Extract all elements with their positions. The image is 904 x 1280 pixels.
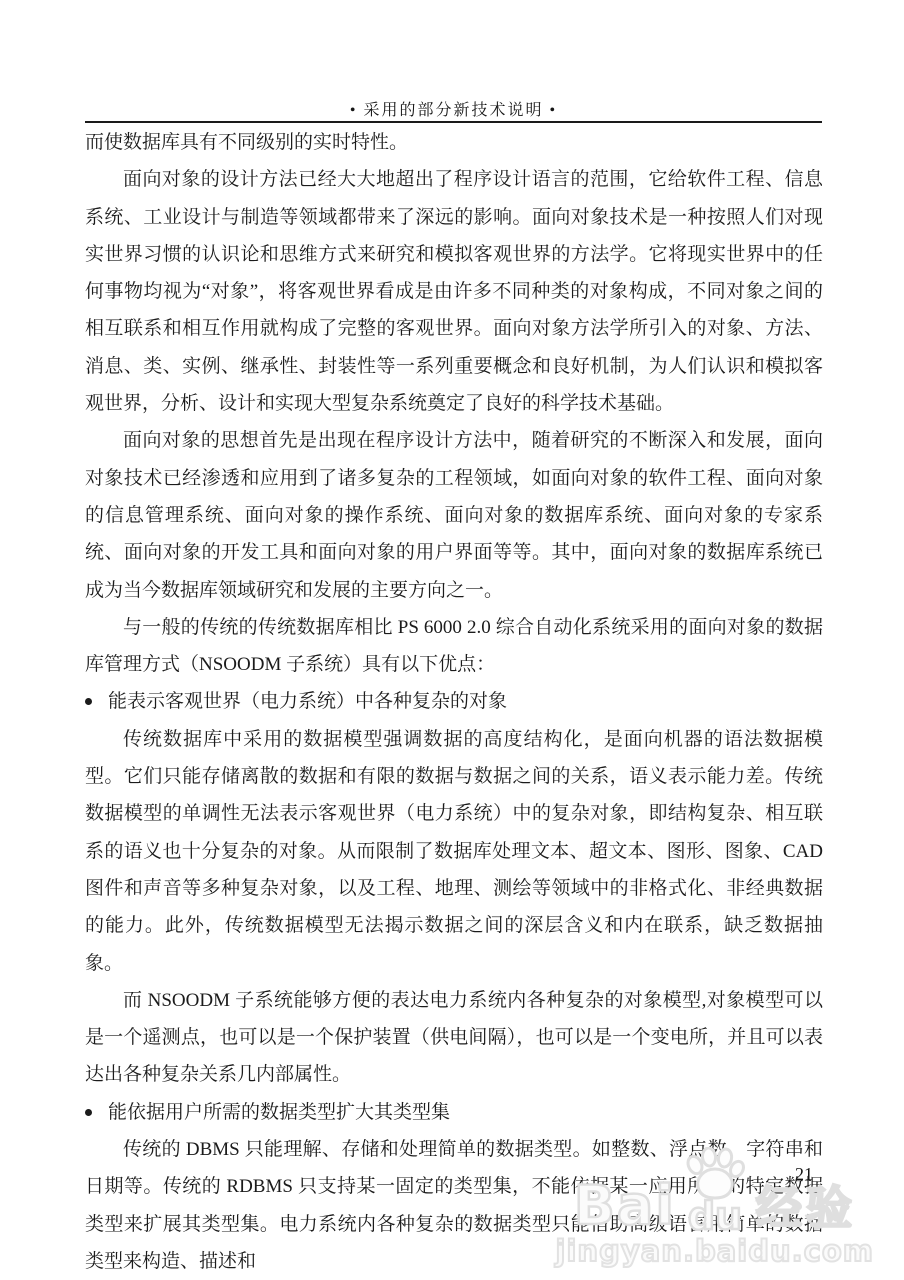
- paragraph: 而使数据库具有不同级别的实时特性。: [85, 124, 823, 161]
- bullet-item: 能表示客观世界（电力系统）中各种复杂的对象: [85, 683, 823, 720]
- bullet-item: 能依据用户所需的数据类型扩大其类型集: [85, 1094, 823, 1131]
- baidu-jingyan-watermark: Bai du 经验 jingyan.baid: [556, 1155, 874, 1266]
- watermark-brand-row: Bai du 经验: [556, 1155, 874, 1231]
- document-body: 而使数据库具有不同级别的实时特性。面向对象的设计方法已经大大地超出了程序设计语言…: [85, 124, 823, 1280]
- paragraph: 传统数据库中采用的数据模型强调数据的高度结构化，是面向机器的语法数据模型。它们只…: [85, 721, 823, 982]
- bullet-text: 能表示客观世界（电力系统）中各种复杂的对象: [108, 683, 823, 720]
- header-rule: [85, 121, 822, 123]
- watermark-baidu-du-text: du: [688, 1197, 742, 1235]
- watermark-jingyan-text: 经验: [756, 1185, 856, 1231]
- paragraph: 而 NSOODM 子系统能够方便的表达电力系统内各种复杂的对象模型,对象模型可以…: [85, 982, 823, 1094]
- page-number: 21: [795, 1164, 813, 1185]
- paragraph: 面向对象的思想首先是出现在程序设计方法中，随着研究的不断深入和发展，面向对象技术…: [85, 422, 823, 608]
- watermark-du-stack: du: [678, 1155, 750, 1231]
- watermark-url-text: jingyan.baidu.com: [556, 1237, 874, 1266]
- bullet-text: 能依据用户所需的数据类型扩大其类型集: [108, 1094, 823, 1131]
- bullet-icon: [85, 698, 92, 705]
- paragraph: 与一般的传统的传统数据库相比 PS 6000 2.0 综合自动化系统采用的面向对…: [85, 609, 823, 684]
- paragraph: 面向对象的设计方法已经大大地超出了程序设计语言的范围，它给软件工程、信息系统、工…: [85, 161, 823, 422]
- watermark-baidu-bai-text: Bai: [574, 1182, 676, 1231]
- document-page: • 采用的部分新技术说明 • 而使数据库具有不同级别的实时特性。面向对象的设计方…: [0, 0, 904, 1280]
- bullet-icon: [85, 1109, 92, 1116]
- running-header: • 采用的部分新技术说明 •: [85, 97, 822, 120]
